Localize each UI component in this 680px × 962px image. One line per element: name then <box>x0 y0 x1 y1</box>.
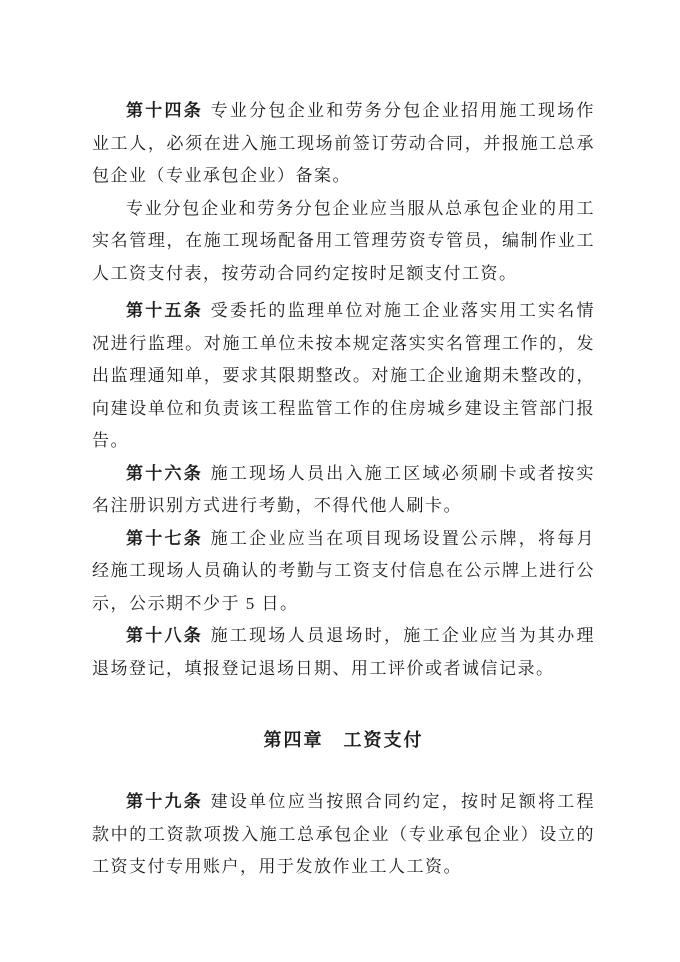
paragraph-article-17: 第十七条施工企业应当在项目现场设置公示牌，将每月经施工现场人员确认的考勤与工资支… <box>92 523 595 621</box>
article-14-number: 第十四条 <box>126 101 203 120</box>
article-15-number: 第十五条 <box>126 301 203 320</box>
paragraph-article-15: 第十五条受委托的监理单位对施工企业落实用工实名情况进行监理。对施工单位未按本规定… <box>92 295 595 458</box>
article-17-number: 第十七条 <box>126 529 203 548</box>
paragraph-article-16: 第十六条施工现场人员出入施工区域必须刷卡或者按实名注册识别方式进行考勤，不得代他… <box>92 458 595 523</box>
plain-paragraph-text: 专业分包企业和劳务分包企业应当服从总承包企业的用工实名管理，在施工现场配备用工管… <box>92 199 595 283</box>
article-18-number: 第十八条 <box>126 626 203 645</box>
paragraph-plain: 专业分包企业和劳务分包企业应当服从总承包企业的用工实名管理，在施工现场配备用工管… <box>92 193 595 291</box>
chapter-heading: 第四章 工资支付 <box>92 725 595 755</box>
article-15-text: 受委托的监理单位对施工企业落实用工实名情况进行监理。对施工单位未按本规定落实实名… <box>92 301 595 450</box>
paragraph-article-18: 第十八条施工现场人员退场时，施工企业应当为其办理退场登记，填报登记退场日期、用工… <box>92 620 595 685</box>
document-body: 第十四条专业分包企业和劳务分包企业招用施工现场作业工人，必须在进入施工现场前签订… <box>92 95 595 884</box>
article-16-number: 第十六条 <box>126 464 203 483</box>
article-19-number: 第十九条 <box>126 792 203 811</box>
paragraph-article-19: 第十九条建设单位应当按照合同约定，按时足额将工程款中的工资款项拨入施工总承包企业… <box>92 786 595 884</box>
paragraph-article-14: 第十四条专业分包企业和劳务分包企业招用施工现场作业工人，必须在进入施工现场前签订… <box>92 95 595 193</box>
document-page: 第十四条专业分包企业和劳务分包企业招用施工现场作业工人，必须在进入施工现场前签订… <box>0 0 680 962</box>
